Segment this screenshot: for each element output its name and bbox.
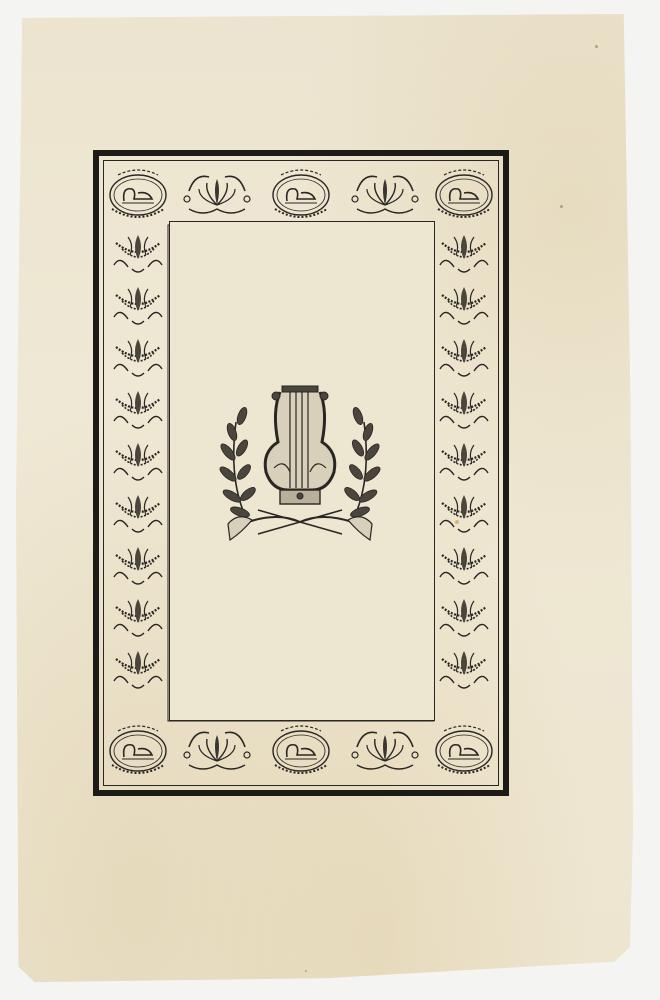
foxing-spot: [560, 205, 563, 208]
lyre-emblem: [218, 372, 382, 548]
laurel-branch-right-icon: [343, 406, 382, 522]
laurel-branch-left-icon: [218, 406, 257, 522]
lyre-icon: [265, 386, 335, 504]
foxing-spot: [595, 45, 598, 48]
foxing-spot: [305, 970, 307, 972]
